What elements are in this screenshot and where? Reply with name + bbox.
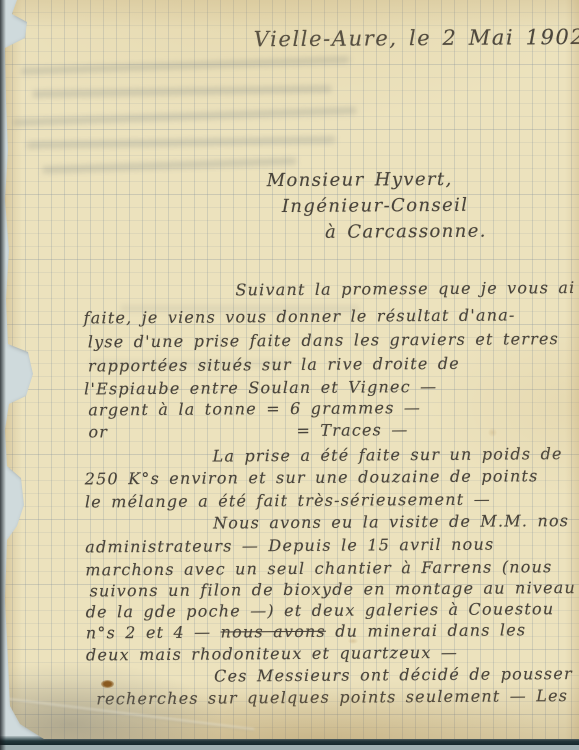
body-line: La prise a été faite sur un poids de xyxy=(213,444,563,465)
letter-content: Vielle-Aure, le 2 Mai 1902 Monsieur Hyve… xyxy=(0,0,579,741)
body-line: Ces Messieurs ont décidé de pousser les xyxy=(214,664,579,686)
body-line: recherches sur quelques points seulement… xyxy=(96,686,568,708)
body-line: deux mais rhodoniteux et quartzeux — xyxy=(86,643,458,665)
body-line: rapportées situés sur la rive droite de xyxy=(88,354,460,376)
minerai-pre: n°s 2 et 4 — xyxy=(86,622,221,642)
body-line-with-strikethrough: n°s 2 et 4 — nous avons du minerai dans … xyxy=(86,620,527,642)
body-line: suivons un filon de bioxyde en montage a… xyxy=(89,578,576,600)
body-line: marchons avec un seul chantier à Farrens… xyxy=(85,557,552,579)
assay-gold-label: or xyxy=(88,422,108,441)
minerai-struck-words: nous avons xyxy=(221,622,326,642)
body-line: lyse d'une prise faite dans les graviers… xyxy=(88,329,559,351)
paper-wrap: Vielle-Aure, le 2 Mai 1902 Monsieur Hyve… xyxy=(0,0,579,750)
rust-speck xyxy=(16,27,24,34)
recipient-city: à Carcassonne. xyxy=(325,221,487,243)
ink-blot-stain xyxy=(101,680,114,688)
body-line: l'Espiaube entre Soulan et Vignec — xyxy=(84,377,437,398)
body-line: faite, je viens vous donner le résultat … xyxy=(84,305,516,327)
body-line: le mélange a été fait très-sérieusement … xyxy=(85,490,491,512)
body-line: de la gde poche —) et deux galeries à Co… xyxy=(86,599,555,621)
body-line: Nous avons eu la visite de M.M. nos xyxy=(213,511,569,532)
foxing-spot xyxy=(348,638,358,644)
body-line: Suivant la promesse que je vous ai xyxy=(235,278,575,299)
body-line: administrateurs — Depuis le 15 avril nou… xyxy=(85,535,494,557)
body-line: 250 K°s environ et sur une douzaine de p… xyxy=(85,466,539,488)
recipient-name: Monsieur Hyvert, xyxy=(267,169,453,191)
assay-silver-line: argent à la tonne = 6 grammes — xyxy=(88,398,421,419)
recipient-title: Ingénieur-Conseil xyxy=(282,195,469,217)
foxing-spot xyxy=(488,428,497,437)
letter-paper: Vielle-Aure, le 2 Mai 1902 Monsieur Hyve… xyxy=(0,0,579,739)
dateline: Vielle-Aure, le 2 Mai 1902 xyxy=(254,25,579,51)
assay-gold-value: = Traces — xyxy=(296,420,408,440)
scanned-letter-page: Vielle-Aure, le 2 Mai 1902 Monsieur Hyve… xyxy=(0,0,579,750)
